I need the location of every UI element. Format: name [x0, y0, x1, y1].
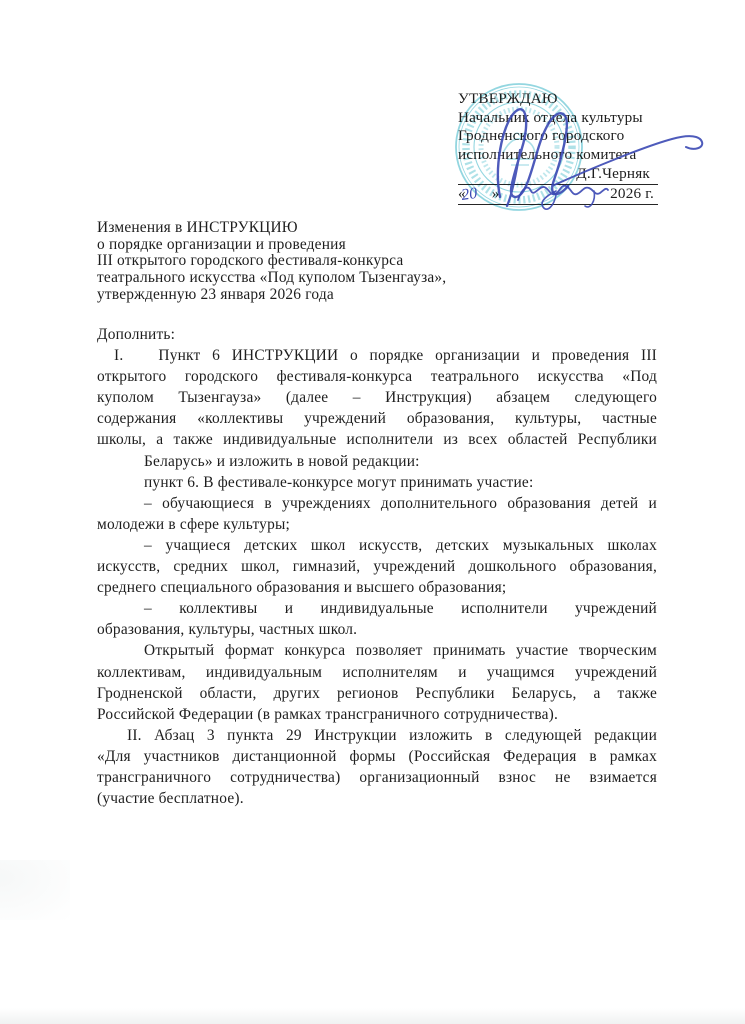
body-line: школы, а также индивидуальные исполнител… — [97, 429, 657, 450]
title-line: утвержденную 23 января 2026 года — [97, 287, 567, 304]
body-line: Дополнить: — [97, 324, 657, 345]
body-line: – коллективы и индивидуальные исполнител… — [97, 598, 657, 619]
body-line: среднего специального образования и высш… — [97, 577, 657, 598]
body-line: Открытый формат конкурса позволяет прини… — [97, 640, 657, 661]
body-line: Гродненской области, других регионов Рес… — [97, 683, 657, 704]
title-line: театрального искусства «Под куполом Тызе… — [97, 270, 567, 287]
body-line: открытого городского фестиваля-конкурса … — [97, 366, 657, 387]
date-open-quote: « — [458, 185, 466, 204]
body-line: образования, культуры, частных школ. — [97, 619, 657, 640]
date-line: « » 2026 г. — [458, 185, 658, 206]
body-line: (участие бесплатное). — [97, 788, 657, 809]
body-line: куполом Тызенгауза» (далее – Инструкция)… — [97, 387, 657, 408]
body-line: пункт 6. В фестивале-конкурсе могут прин… — [97, 472, 657, 493]
body-line: – обучающиеся в учреждениях дополнительн… — [97, 493, 657, 514]
approval-block: УТВЕРЖДАЮ Начальник отдела культуры Грод… — [458, 90, 658, 205]
title-line: Изменения в ИНСТРУКЦИЮ — [97, 220, 567, 237]
body-line: молодежи в сфере культуры; — [97, 514, 657, 535]
date-close-quote: » — [492, 185, 500, 204]
body-line: Российской Федерации (в рамках трансгран… — [97, 704, 657, 725]
document-page: УТВЕРЖДАЮ Начальник отдела культуры Грод… — [0, 0, 745, 1024]
signer-name: Д.Г.Черняк — [576, 165, 650, 182]
body-line: коллективам, индивидуальным исполнителям… — [97, 662, 657, 683]
date-year: 2026 г. — [610, 185, 658, 204]
body-line: «Для участников дистанционной формы (Рос… — [97, 746, 657, 767]
approval-heading: УТВЕРЖДАЮ — [458, 90, 658, 109]
title-line: о порядке организации и проведения — [97, 237, 567, 254]
body-line: содержания «коллективы учреждений образо… — [97, 408, 657, 429]
approval-line: исполнительного комитета — [458, 146, 658, 165]
signature-blank-line: Д.Г.Черняк — [458, 165, 658, 185]
body-line: искусств, средних школ, гимназий, учрежд… — [97, 556, 657, 577]
title-line: III открытого городского фестиваля-конку… — [97, 253, 567, 270]
body-line: I. Пункт 6 ИНСТРУКЦИИ о порядке организа… — [97, 345, 657, 366]
body-line: – учащиеся детских школ искусств, детски… — [97, 535, 657, 556]
body-line: Беларусь» и изложить в новой редакции: — [97, 451, 657, 472]
body-line: трансграничного сотрудничества) организа… — [97, 767, 657, 788]
approval-line: Начальник отдела культуры — [458, 109, 658, 128]
document-title: Изменения в ИНСТРУКЦИЮ о порядке организ… — [97, 220, 567, 304]
approval-line: Гродненского городского — [458, 127, 658, 146]
document-body: Дополнить: I. Пункт 6 ИНСТРУКЦИИ о поряд… — [97, 324, 657, 809]
body-line: II. Абзац 3 пункта 29 Инструкции изложит… — [97, 725, 657, 746]
